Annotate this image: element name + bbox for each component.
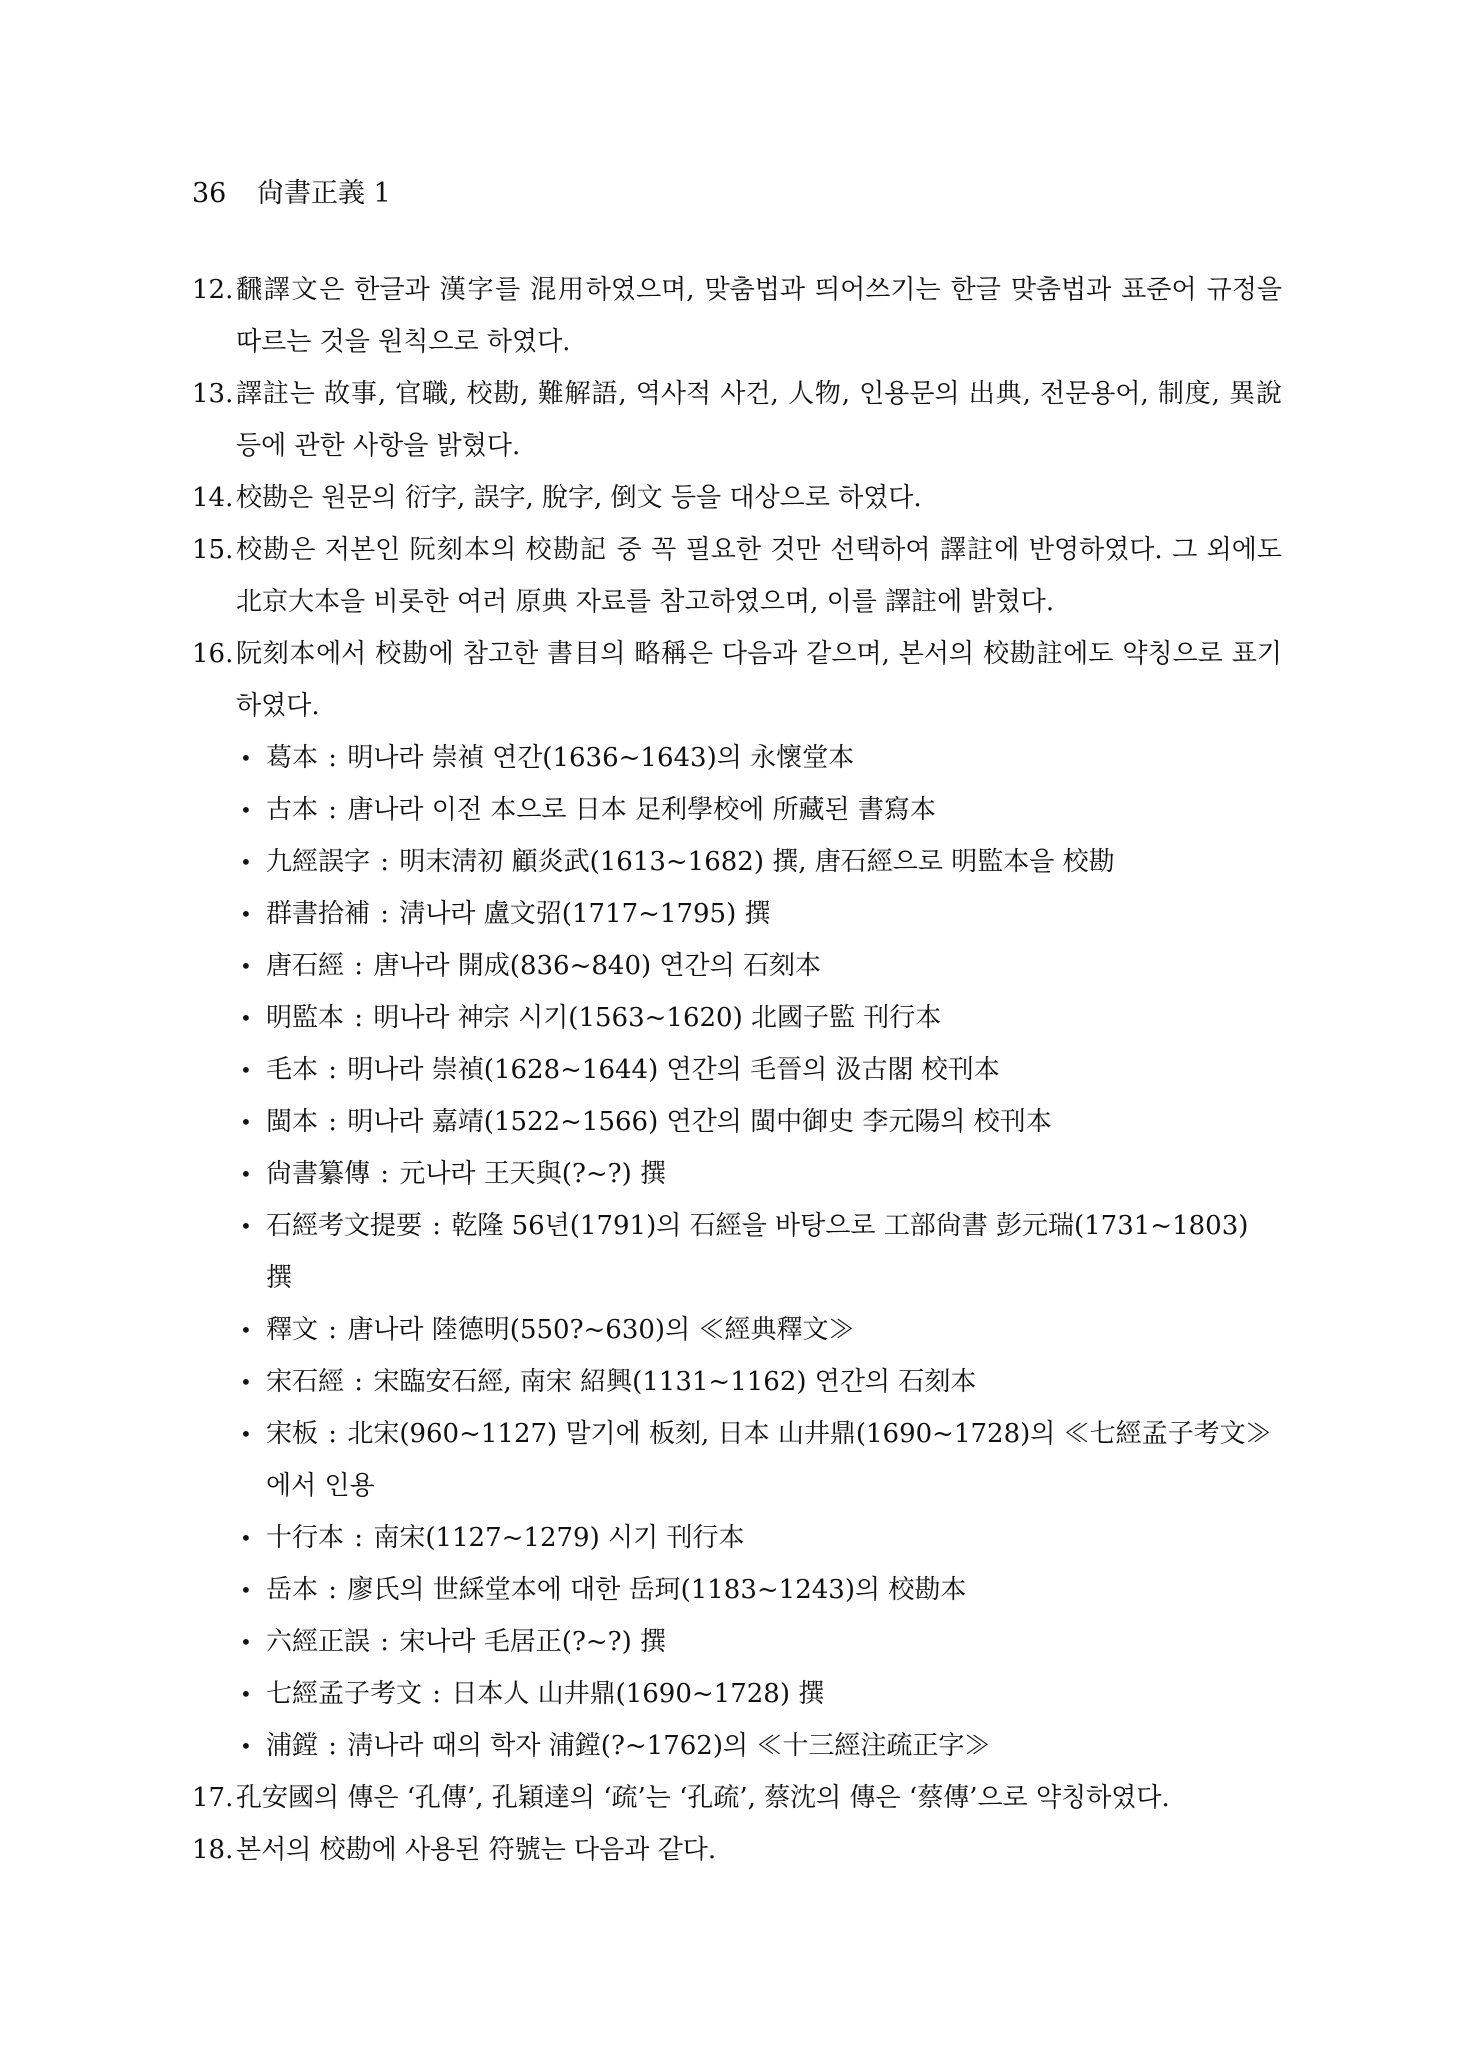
abbr-term: 毛本 [266,1055,318,1085]
running-head: 36 尙書正義 1 [192,176,391,212]
abbr-description: 明나라 崇禎 연간(1636~1643)의 永懷堂本 [347,743,854,773]
item-number: 13. [192,368,233,420]
document-page: 36 尙書正義 1 12. 飜譯文은 한글과 漢字를 混用하였으며, 맞춤법과 … [0,0,1481,2047]
abbreviation-item: •尙書纂傳 : 元나라 王天與(?~?) 撰 [192,1148,1282,1200]
bullet-icon: • [240,836,252,888]
abbr-term: 釋文 [266,1315,318,1345]
bullet-icon: • [240,1408,252,1460]
item-number: 12. [192,264,233,316]
bullet-icon: • [240,732,252,784]
list-item-15: 15. 校勘은 저본인 阮刻本의 校勘記 중 꼭 필요한 것만 선택하여 譯註에… [192,524,1282,628]
abbreviation-item: •宋石經 : 宋臨安石經, 南宋 紹興(1131~1162) 연간의 石刻本 [192,1356,1282,1408]
abbr-term: 岳本 [266,1575,318,1605]
abbreviation-item: •六經正誤 : 宋나라 毛居正(?~?) 撰 [192,1616,1282,1668]
bullet-icon: • [240,1096,252,1148]
abbreviation-item: •毛本 : 明나라 崇禎(1628~1644) 연간의 毛晉의 汲古閣 校刊本 [192,1044,1282,1096]
abbr-separator: : [424,1679,449,1709]
abbr-separator: : [320,1055,345,1085]
abbr-description: 明나라 神宗 시기(1563~1620) 北國子監 刊行本 [373,1003,941,1033]
abbr-separator: : [372,899,397,929]
abbreviation-item: •岳本 : 廖氏의 世綵堂本에 대한 岳珂(1183~1243)의 校勘本 [192,1564,1282,1616]
list-item-18: 18. 본서의 校勘에 사용된 符號는 다음과 같다. [192,1824,1282,1876]
item-number: 18. [192,1824,233,1876]
abbr-description: 明나라 崇禎(1628~1644) 연간의 毛晉의 汲古閣 校刊本 [347,1055,999,1085]
abbr-description: 唐나라 이전 本으로 日本 足利學校에 所藏된 書寫本 [347,795,936,825]
abbreviation-item: •釋文 : 唐나라 陸德明(550?~630)의 ≪經典釋文≫ [192,1304,1282,1356]
abbreviation-item: •石經考文提要 : 乾隆 56년(1791)의 石經을 바탕으로 工部尙書 彭元… [192,1200,1282,1304]
bullet-icon: • [240,1044,252,1096]
abbr-description: 唐나라 開成(836~840) 연간의 石刻本 [373,951,821,981]
abbr-term: 宋板 [266,1419,318,1449]
abbr-separator: : [320,1419,345,1449]
abbreviation-item: •葛本 : 明나라 崇禎 연간(1636~1643)의 永懷堂本 [192,732,1282,784]
abbr-description: 元나라 王天與(?~?) 撰 [399,1159,666,1189]
abbr-term: 浦鏜 [266,1731,318,1761]
abbr-description: 明나라 嘉靖(1522~1566) 연간의 閩中御史 李元陽의 校刊本 [347,1107,1051,1137]
abbreviation-item: •十行本 : 南宋(1127~1279) 시기 刊行本 [192,1512,1282,1564]
bullet-icon: • [240,784,252,836]
abbr-separator: : [320,1107,345,1137]
abbr-separator: : [320,1731,345,1761]
abbr-separator: : [372,1627,397,1657]
abbr-description: 日本人 山井鼎(1690~1728) 撰 [451,1679,824,1709]
abbreviation-item: •明監本 : 明나라 神宗 시기(1563~1620) 北國子監 刊行本 [192,992,1282,1044]
abbreviation-list: •葛本 : 明나라 崇禎 연간(1636~1643)의 永懷堂本 •古本 : 唐… [192,732,1282,1772]
abbr-term: 唐石經 [266,951,344,981]
abbreviation-item: •九經誤字 : 明末淸初 顧炎武(1613~1682) 撰, 唐石經으로 明監本… [192,836,1282,888]
abbreviation-item: •七經孟子考文 : 日本人 山井鼎(1690~1728) 撰 [192,1668,1282,1720]
abbreviation-item: •群書拾補 : 淸나라 盧文弨(1717~1795) 撰 [192,888,1282,940]
bullet-icon: • [240,940,252,992]
abbr-description: 北宋(960~1127) 말기에 板刻, 日本 山井鼎(1690~1728)의 … [266,1419,1272,1501]
abbreviation-item: •浦鏜 : 淸나라 때의 학자 浦鏜(?~1762)의 ≪十三經注疏正字≫ [192,1720,1282,1772]
abbr-separator: : [372,1159,397,1189]
abbr-separator: : [320,795,345,825]
item-text: 校勘은 저본인 阮刻本의 校勘記 중 꼭 필요한 것만 선택하여 譯註에 반영하… [236,524,1282,628]
abbr-separator: : [346,1367,371,1397]
abbr-term: 十行本 [266,1523,344,1553]
abbreviation-item: •閩本 : 明나라 嘉靖(1522~1566) 연간의 閩中御史 李元陽의 校刊… [192,1096,1282,1148]
abbr-separator: : [346,1523,371,1553]
abbr-description: 廖氏의 世綵堂本에 대한 岳珂(1183~1243)의 校勘本 [347,1575,966,1605]
bullet-icon: • [240,888,252,940]
list-item-16: 16. 阮刻本에서 校勘에 참고한 書目의 略稱은 다음과 같으며, 본서의 校… [192,628,1282,732]
list-item-12: 12. 飜譯文은 한글과 漢字를 混用하였으며, 맞춤법과 띄어쓰기는 한글 맞… [192,264,1282,368]
abbreviation-item: •古本 : 唐나라 이전 本으로 日本 足利學校에 所藏된 書寫本 [192,784,1282,836]
abbr-term: 群書拾補 [266,899,370,929]
abbr-description: 唐나라 陸德明(550?~630)의 ≪經典釋文≫ [347,1315,854,1345]
abbr-term: 古本 [266,795,318,825]
abbr-term: 宋石經 [266,1367,344,1397]
item-text: 飜譯文은 한글과 漢字를 混用하였으며, 맞춤법과 띄어쓰기는 한글 맞춤법과 … [236,264,1282,368]
abbr-separator: : [320,1575,345,1605]
book-title: 尙書正義 1 [257,178,391,209]
item-text: 譯註는 故事, 官職, 校勘, 難解語, 역사적 사건, 人物, 인용문의 出典… [236,368,1282,472]
abbr-separator: : [424,1211,449,1241]
item-number: 14. [192,472,233,524]
abbr-description: 淸나라 盧文弨(1717~1795) 撰 [399,899,770,929]
abbr-separator: : [346,951,371,981]
item-text: 본서의 校勘에 사용된 符號는 다음과 같다. [236,1824,1282,1876]
abbreviation-item: •唐石經 : 唐나라 開成(836~840) 연간의 石刻本 [192,940,1282,992]
abbr-description: 明末淸初 顧炎武(1613~1682) 撰, 唐石經으로 明監本을 校勘 [399,847,1114,877]
abbr-term: 明監本 [266,1003,344,1033]
abbr-term: 閩本 [266,1107,318,1137]
abbr-term: 九經誤字 [266,847,370,877]
bullet-icon: • [240,992,252,1044]
abbr-description: 宋나라 毛居正(?~?) 撰 [399,1627,666,1657]
item-text: 阮刻本에서 校勘에 참고한 書目의 略稱은 다음과 같으며, 본서의 校勘註에도… [236,628,1282,732]
abbr-description: 宋臨安石經, 南宋 紹興(1131~1162) 연간의 石刻本 [373,1367,976,1397]
list-item-17: 17. 孔安國의 傳은 ‘孔傳’, 孔穎達의 ‘疏’는 ‘孔疏’, 蔡沈의 傳은… [192,1772,1282,1824]
item-number: 16. [192,628,233,680]
bullet-icon: • [240,1148,252,1200]
item-text: 孔安國의 傳은 ‘孔傳’, 孔穎達의 ‘疏’는 ‘孔疏’, 蔡沈의 傳은 ‘蔡傳… [236,1772,1282,1824]
bullet-icon: • [240,1304,252,1356]
list-item-13: 13. 譯註는 故事, 官職, 校勘, 難解語, 역사적 사건, 人物, 인용문… [192,368,1282,472]
bullet-icon: • [240,1720,252,1772]
item-number: 15. [192,524,233,576]
bullet-icon: • [240,1512,252,1564]
abbr-separator: : [320,743,345,773]
abbr-term: 葛本 [266,743,318,773]
bullet-icon: • [240,1616,252,1668]
bullet-icon: • [240,1356,252,1408]
item-number: 17. [192,1772,233,1824]
page-content: 12. 飜譯文은 한글과 漢字를 混用하였으며, 맞춤법과 띄어쓰기는 한글 맞… [192,264,1282,1876]
abbr-separator: : [346,1003,371,1033]
abbr-description: 淸나라 때의 학자 浦鏜(?~1762)의 ≪十三經注疏正字≫ [347,1731,990,1761]
abbr-term: 石經考文提要 [266,1211,422,1241]
abbr-term: 六經正誤 [266,1627,370,1657]
abbr-term: 七經孟子考文 [266,1679,422,1709]
bullet-icon: • [240,1668,252,1720]
page-number: 36 [192,178,226,209]
item-text: 校勘은 원문의 衍字, 誤字, 脫字, 倒文 등을 대상으로 하였다. [236,472,1282,524]
abbr-term: 尙書纂傳 [266,1159,370,1189]
abbr-separator: : [320,1315,345,1345]
list-item-14: 14. 校勘은 원문의 衍字, 誤字, 脫字, 倒文 등을 대상으로 하였다. [192,472,1282,524]
abbreviation-item: •宋板 : 北宋(960~1127) 말기에 板刻, 日本 山井鼎(1690~1… [192,1408,1282,1512]
abbr-description: 南宋(1127~1279) 시기 刊行本 [373,1523,744,1553]
bullet-icon: • [240,1200,252,1252]
abbr-separator: : [372,847,397,877]
bullet-icon: • [240,1564,252,1616]
